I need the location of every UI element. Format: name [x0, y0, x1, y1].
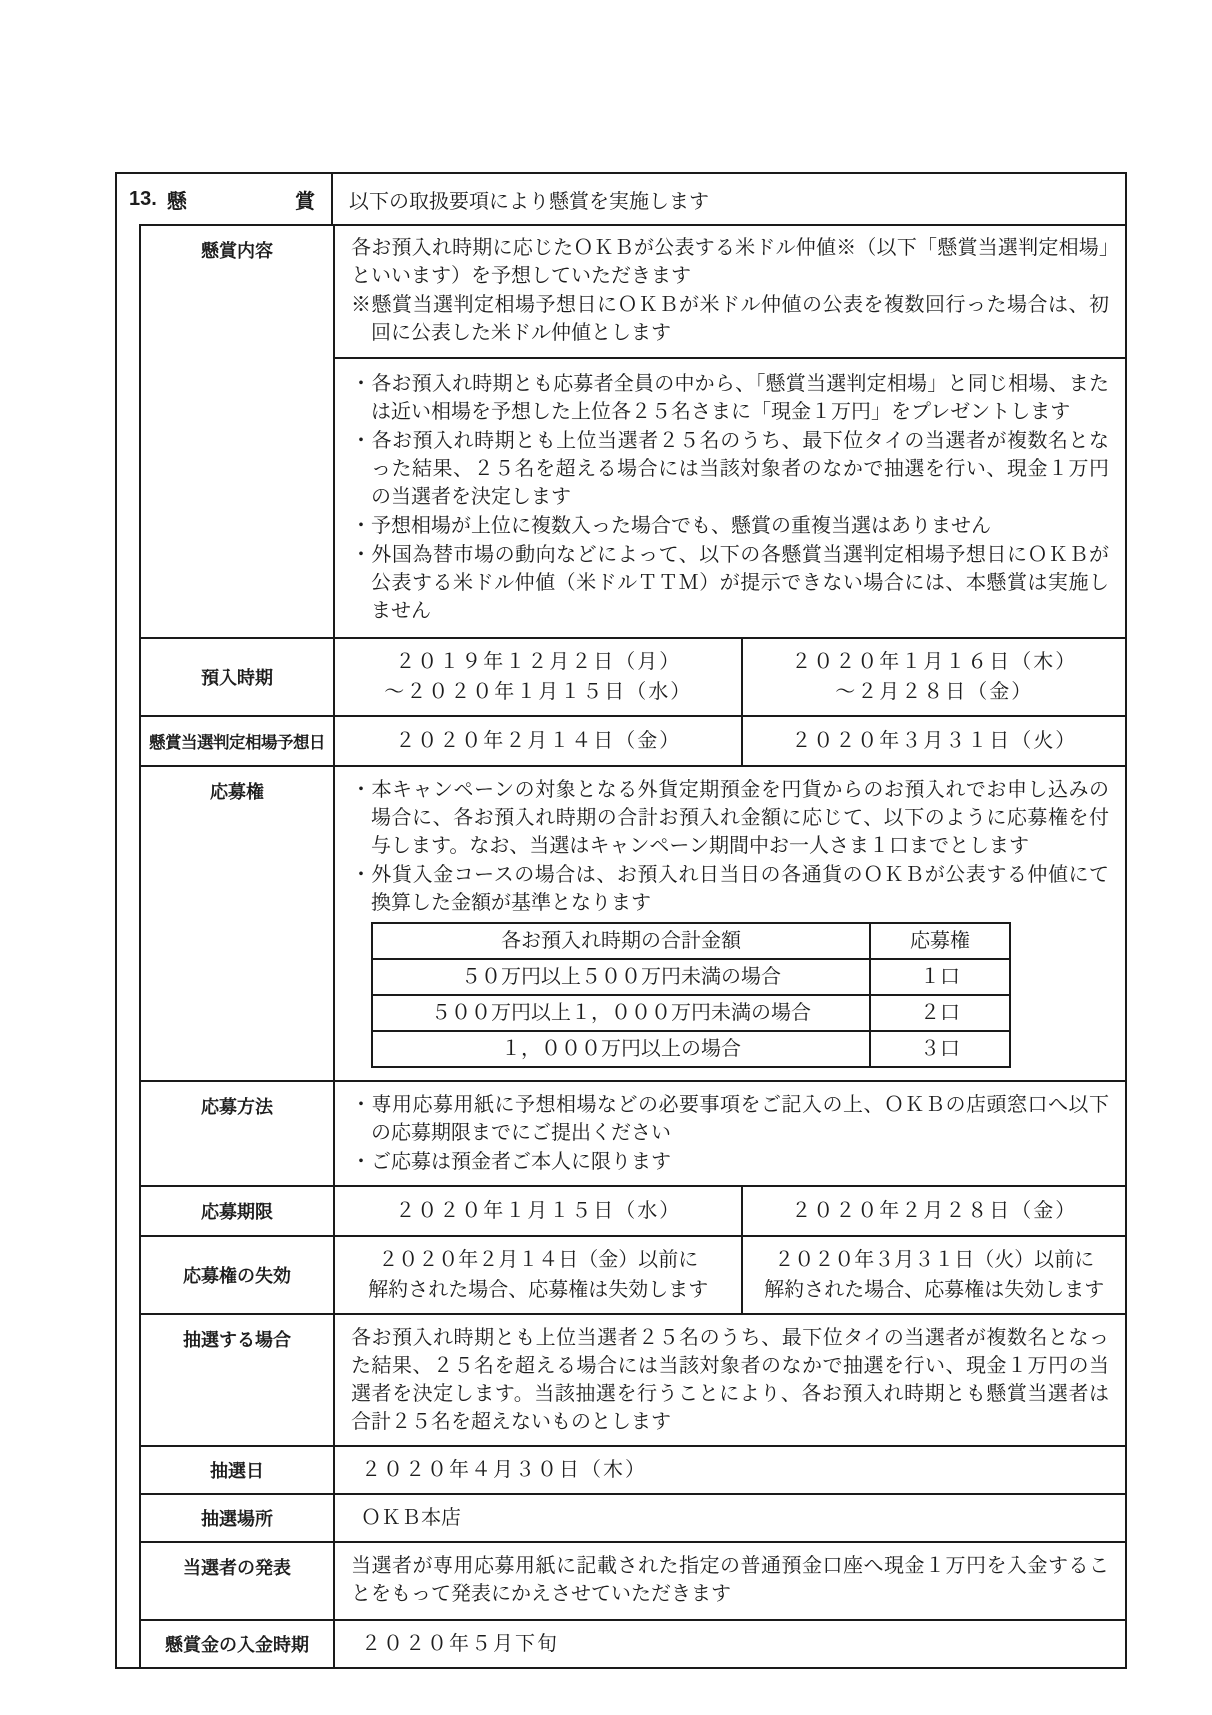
- entry-forfeit-label: 応募権の失効: [141, 1237, 335, 1313]
- row-prize-header: 13. 懸 賞 以下の取扱要項により懸賞を実施します: [117, 174, 1125, 224]
- item-number: 13.: [129, 188, 157, 211]
- entry-deadline-label: 応募期限: [141, 1187, 335, 1235]
- deposit-period-2: ２０２０年１月１６日（木） ～２月２８日（金）: [743, 639, 1125, 715]
- deposit-period-1-end: ～２０２０年１月１５日（水）: [384, 677, 692, 707]
- entry-units-row-1-amount: ５０万円以上５００万円未満の場合: [373, 960, 871, 994]
- document-page: 13. 懸 賞 以下の取扱要項により懸賞を実施します 懸賞内容 各お預入れ時期に…: [0, 0, 1212, 1715]
- entry-forfeit-1-line-1: ２０２０年２月１４日（金）以前に: [378, 1245, 698, 1275]
- entry-method-body: ・専用応募用紙に予想相場などの必要事項をご記入の上、ＯＫＢの店頭窓口へ以下の応募…: [335, 1082, 1125, 1185]
- entry-forfeit-1-line-2: 解約された場合、応募権は失効します: [368, 1275, 708, 1305]
- entry-right-note-2: ・外貨入金コースの場合は、お預入れ日当日の各通貨のＯＫＢが公表する仲値にて換算し…: [351, 861, 1109, 917]
- lottery-date-value: ２０２０年４月３０日（木）: [361, 1456, 647, 1484]
- deposit-period-2-start: ２０２０年１月１６日（木）: [791, 647, 1077, 677]
- lottery-place-body: ＯＫＢ本店: [335, 1495, 1125, 1541]
- row-winner-announcement: 当選者の発表 当選者が専用応募用紙に記載された指定の普通預金口座へ現金１万円を入…: [141, 1543, 1125, 1621]
- row-lottery-date: 抽選日 ２０２０年４月３０日（木）: [141, 1447, 1125, 1495]
- entry-forfeit-2-line-2: 解約された場合、応募権は失効します: [764, 1275, 1104, 1305]
- row-entry-right: 応募権 ・本キャンペーンの対象となる外貨定期預金を円貨からのお預入れでお申し込み…: [141, 767, 1125, 1082]
- item-title-char-2: 賞: [295, 185, 315, 214]
- prize-header-label: 13. 懸 賞: [117, 174, 333, 224]
- lottery-date-body: ２０２０年４月３０日（木）: [335, 1447, 1125, 1493]
- entry-units-row-3: １，０００万円以上の場合 ３口: [373, 1030, 1009, 1066]
- item-title-char-1: 懸: [167, 185, 187, 214]
- winner-announcement-text: 当選者が専用応募用紙に記載された指定の普通預金口座へ現金１万円を入金することをも…: [351, 1552, 1109, 1608]
- lottery-place-value: ＯＫＢ本店: [361, 1504, 461, 1532]
- entry-units-header-amount: 各お預入れ時期の合計金額: [373, 924, 871, 958]
- entry-units-header-units: 応募権: [871, 924, 1009, 958]
- entry-deadline-values: ２０２０年１月１５日（水） ２０２０年２月２８日（金）: [335, 1187, 1125, 1235]
- prize-content-intro: 各お預入れ時期に応じたＯＫＢが公表する米ドル仲値※（以下「懸賞当選判定相場」とい…: [335, 226, 1125, 359]
- deposit-period-values: ２０１９年１２月２日（月） ～２０２０年１月１５日（水） ２０２０年１月１６日（…: [335, 639, 1125, 715]
- deposit-period-1: ２０１９年１２月２日（月） ～２０２０年１月１５日（水）: [335, 639, 743, 715]
- entry-units-row-3-units: ３口: [871, 1032, 1009, 1066]
- winner-announcement-label: 当選者の発表: [141, 1543, 335, 1619]
- row-deposit-period: 預入時期 ２０１９年１２月２日（月） ～２０２０年１月１５日（水） ２０２０年１…: [141, 639, 1125, 717]
- prize-content-label: 懸賞内容: [141, 226, 335, 637]
- prize-content-body: 各お預入れ時期に応じたＯＫＢが公表する米ドル仲値※（以下「懸賞当選判定相場」とい…: [335, 226, 1125, 637]
- entry-right-note-1: ・本キャンペーンの対象となる外貨定期預金を円貨からのお預入れでお申し込みの場合に…: [351, 776, 1109, 860]
- entry-deadline-1: ２０２０年１月１５日（水）: [335, 1187, 743, 1235]
- lottery-date-label: 抽選日: [141, 1447, 335, 1493]
- prize-payment-label: 懸賞金の入金時期: [141, 1621, 335, 1667]
- prize-content-detail-3: ・予想相場が上位に複数入った場合でも、懸賞の重複当選はありません: [351, 512, 1109, 540]
- entry-units-table: 各お預入れ時期の合計金額 応募権 ５０万円以上５００万円未満の場合 １口 ５００…: [371, 922, 1011, 1068]
- lottery-case-body: 各お預入れ時期とも上位当選者２５名のうち、最下位タイの当選者が複数名となった結果…: [335, 1315, 1125, 1445]
- prize-content-intro-2: ※懸賞当選判定相場予想日にＯＫＢが米ドル仲値の公表を複数回行った場合は、初回に公…: [351, 291, 1109, 347]
- entry-forfeit-values: ２０２０年２月１４日（金）以前に 解約された場合、応募権は失効します ２０２０年…: [335, 1237, 1125, 1313]
- judge-date-2-value: ２０２０年３月３１日（火）: [791, 726, 1077, 756]
- prize-content-details: ・各お預入れ時期とも応募者全員の中から、「懸賞当選判定相場」と同じ相場、または近…: [335, 359, 1125, 637]
- entry-right-label: 応募権: [141, 767, 335, 1080]
- item-title: 懸 賞: [167, 185, 315, 214]
- prize-content-detail-4: ・外国為替市場の動向などによって、以下の各懸賞当選判定相場予想日にＯＫＢが公表す…: [351, 541, 1109, 625]
- lottery-case-label: 抽選する場合: [141, 1315, 335, 1445]
- entry-units-row-2-amount: ５００万円以上１，０００万円未満の場合: [373, 996, 871, 1030]
- prize-terms-subtable: 懸賞内容 各お預入れ時期に応じたＯＫＢが公表する米ドル仲値※（以下「懸賞当選判定…: [139, 224, 1125, 1667]
- deposit-period-label: 預入時期: [141, 639, 335, 715]
- entry-units-row-1-units: １口: [871, 960, 1009, 994]
- entry-deadline-2-value: ２０２０年２月２８日（金）: [791, 1196, 1077, 1226]
- entry-right-body: ・本キャンペーンの対象となる外貨定期預金を円貨からのお預入れでお申し込みの場合に…: [335, 767, 1125, 1080]
- row-entry-deadline: 応募期限 ２０２０年１月１５日（水） ２０２０年２月２８日（金）: [141, 1187, 1125, 1237]
- row-prize-content: 懸賞内容 各お預入れ時期に応じたＯＫＢが公表する米ドル仲値※（以下「懸賞当選判定…: [141, 226, 1125, 639]
- row-lottery-place: 抽選場所 ＯＫＢ本店: [141, 1495, 1125, 1543]
- judge-date-1: ２０２０年２月１４日（金）: [335, 717, 743, 765]
- row-prize-payment: 懸賞金の入金時期 ２０２０年５月下旬: [141, 1621, 1125, 1667]
- judge-date-1-value: ２０２０年２月１４日（金）: [395, 726, 681, 756]
- winner-announcement-body: 当選者が専用応募用紙に記載された指定の普通預金口座へ現金１万円を入金することをも…: [335, 1543, 1125, 1619]
- row-lottery-case: 抽選する場合 各お預入れ時期とも上位当選者２５名のうち、最下位タイの当選者が複数…: [141, 1315, 1125, 1447]
- deposit-period-2-end: ～２月２８日（金）: [835, 677, 1033, 707]
- row-entry-forfeit: 応募権の失効 ２０２０年２月１４日（金）以前に 解約された場合、応募権は失効しま…: [141, 1237, 1125, 1315]
- lottery-case-text: 各お預入れ時期とも上位当選者２５名のうち、最下位タイの当選者が複数名となった結果…: [351, 1324, 1109, 1436]
- entry-method-label: 応募方法: [141, 1082, 335, 1185]
- prize-payment-value: ２０２０年５月下旬: [361, 1630, 559, 1658]
- entry-method-note-1: ・専用応募用紙に予想相場などの必要事項をご記入の上、ＯＫＢの店頭窓口へ以下の応募…: [351, 1091, 1109, 1147]
- entry-units-row-1: ５０万円以上５００万円未満の場合 １口: [373, 958, 1009, 994]
- entry-method-note-2: ・ご応募は預金者ご本人に限ります: [351, 1148, 1109, 1176]
- row-entry-method: 応募方法 ・専用応募用紙に予想相場などの必要事項をご記入の上、ＯＫＢの店頭窓口へ…: [141, 1082, 1125, 1187]
- prize-content-detail-1: ・各お預入れ時期とも応募者全員の中から、「懸賞当選判定相場」と同じ相場、または近…: [351, 370, 1109, 426]
- lottery-place-label: 抽選場所: [141, 1495, 335, 1541]
- entry-forfeit-1: ２０２０年２月１４日（金）以前に 解約された場合、応募権は失効します: [335, 1237, 743, 1313]
- deposit-period-1-start: ２０１９年１２月２日（月）: [395, 647, 681, 677]
- prize-header-summary: 以下の取扱要項により懸賞を実施します: [333, 174, 1125, 224]
- entry-forfeit-2: ２０２０年３月３１日（火）以前に 解約された場合、応募権は失効します: [743, 1237, 1125, 1313]
- entry-units-row-2: ５００万円以上１，０００万円未満の場合 ２口: [373, 994, 1009, 1030]
- judge-date-label: 懸賞当選判定相場予想日: [141, 717, 335, 765]
- entry-deadline-2: ２０２０年２月２８日（金）: [743, 1187, 1125, 1235]
- entry-units-header-row: 各お預入れ時期の合計金額 応募権: [373, 924, 1009, 958]
- prize-content-intro-1: 各お預入れ時期に応じたＯＫＢが公表する米ドル仲値※（以下「懸賞当選判定相場」とい…: [351, 234, 1109, 290]
- entry-forfeit-2-line-1: ２０２０年３月３１日（火）以前に: [774, 1245, 1094, 1275]
- entry-units-row-2-units: ２口: [871, 996, 1009, 1030]
- prize-payment-body: ２０２０年５月下旬: [335, 1621, 1125, 1667]
- entry-deadline-1-value: ２０２０年１月１５日（水）: [395, 1196, 681, 1226]
- entry-units-row-3-amount: １，０００万円以上の場合: [373, 1032, 871, 1066]
- judge-date-values: ２０２０年２月１４日（金） ２０２０年３月３１日（火）: [335, 717, 1125, 765]
- row-judge-date: 懸賞当選判定相場予想日 ２０２０年２月１４日（金） ２０２０年３月３１日（火）: [141, 717, 1125, 767]
- prize-terms-table: 13. 懸 賞 以下の取扱要項により懸賞を実施します 懸賞内容 各お預入れ時期に…: [115, 172, 1127, 1669]
- judge-date-2: ２０２０年３月３１日（火）: [743, 717, 1125, 765]
- prize-content-detail-2: ・各お預入れ時期とも上位当選者２５名のうち、最下位タイの当選者が複数名となった結…: [351, 427, 1109, 511]
